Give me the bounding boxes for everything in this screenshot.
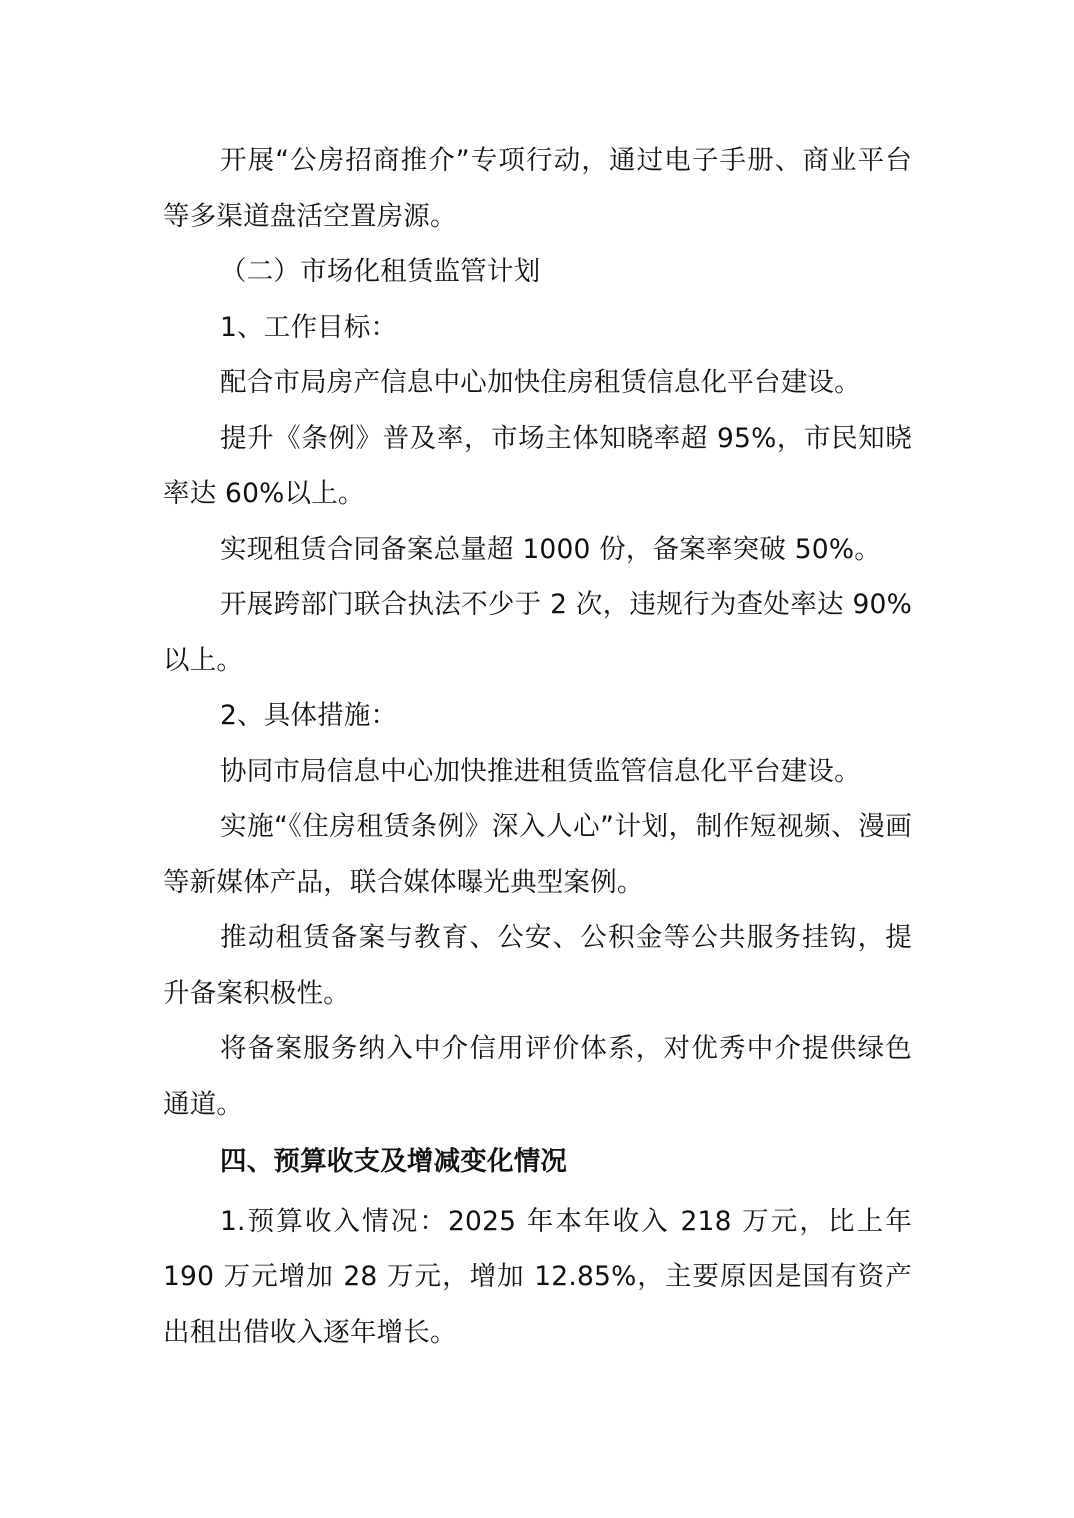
paragraph-measure-publicity: 实施“《住房租赁条例》深入人心”计划，制作短视频、漫画等新媒体产品，联合媒体曝光…	[163, 799, 912, 910]
item-heading-measures: 2、具体措施：	[163, 688, 912, 744]
document-page: 开展“公房招商推介”专项行动，通过电子手册、商业平台等多渠道盘活空置房源。 （二…	[163, 133, 912, 1360]
paragraph-investment-promotion: 开展“公房招商推介”专项行动，通过电子手册、商业平台等多渠道盘活空置房源。	[163, 133, 912, 244]
item-heading-work-goals: 1、工作目标：	[163, 300, 912, 356]
paragraph-budget-income: 1.预算收入情况：2025 年本年收入 218 万元，比上年 190 万元增加 …	[163, 1194, 912, 1361]
section-subheading-rental-supervision: （二）市场化租赁监管计划	[163, 244, 912, 300]
paragraph-goal-filing: 实现租赁合同备案总量超 1000 份，备案率突破 50%。	[163, 522, 912, 578]
paragraph-measure-public-services: 推动租赁备案与教育、公安、公积金等公共服务挂钩，提升备案积极性。	[163, 910, 912, 1021]
paragraph-measure-credit: 将备案服务纳入中介信用评价体系，对优秀中介提供绿色通道。	[163, 1021, 912, 1132]
paragraph-goal-awareness: 提升《条例》普及率，市场主体知晓率超 95%，市民知晓率达 60%以上。	[163, 411, 912, 522]
paragraph-goal-platform: 配合市局房产信息中心加快住房租赁信息化平台建设。	[163, 355, 912, 411]
section-heading-budget: 四、预算收支及增减变化情况	[163, 1134, 912, 1190]
paragraph-measure-platform: 协同市局信息中心加快推进租赁监管信息化平台建设。	[163, 744, 912, 800]
paragraph-goal-enforcement: 开展跨部门联合执法不少于 2 次，违规行为查处率达 90%以上。	[163, 577, 912, 688]
